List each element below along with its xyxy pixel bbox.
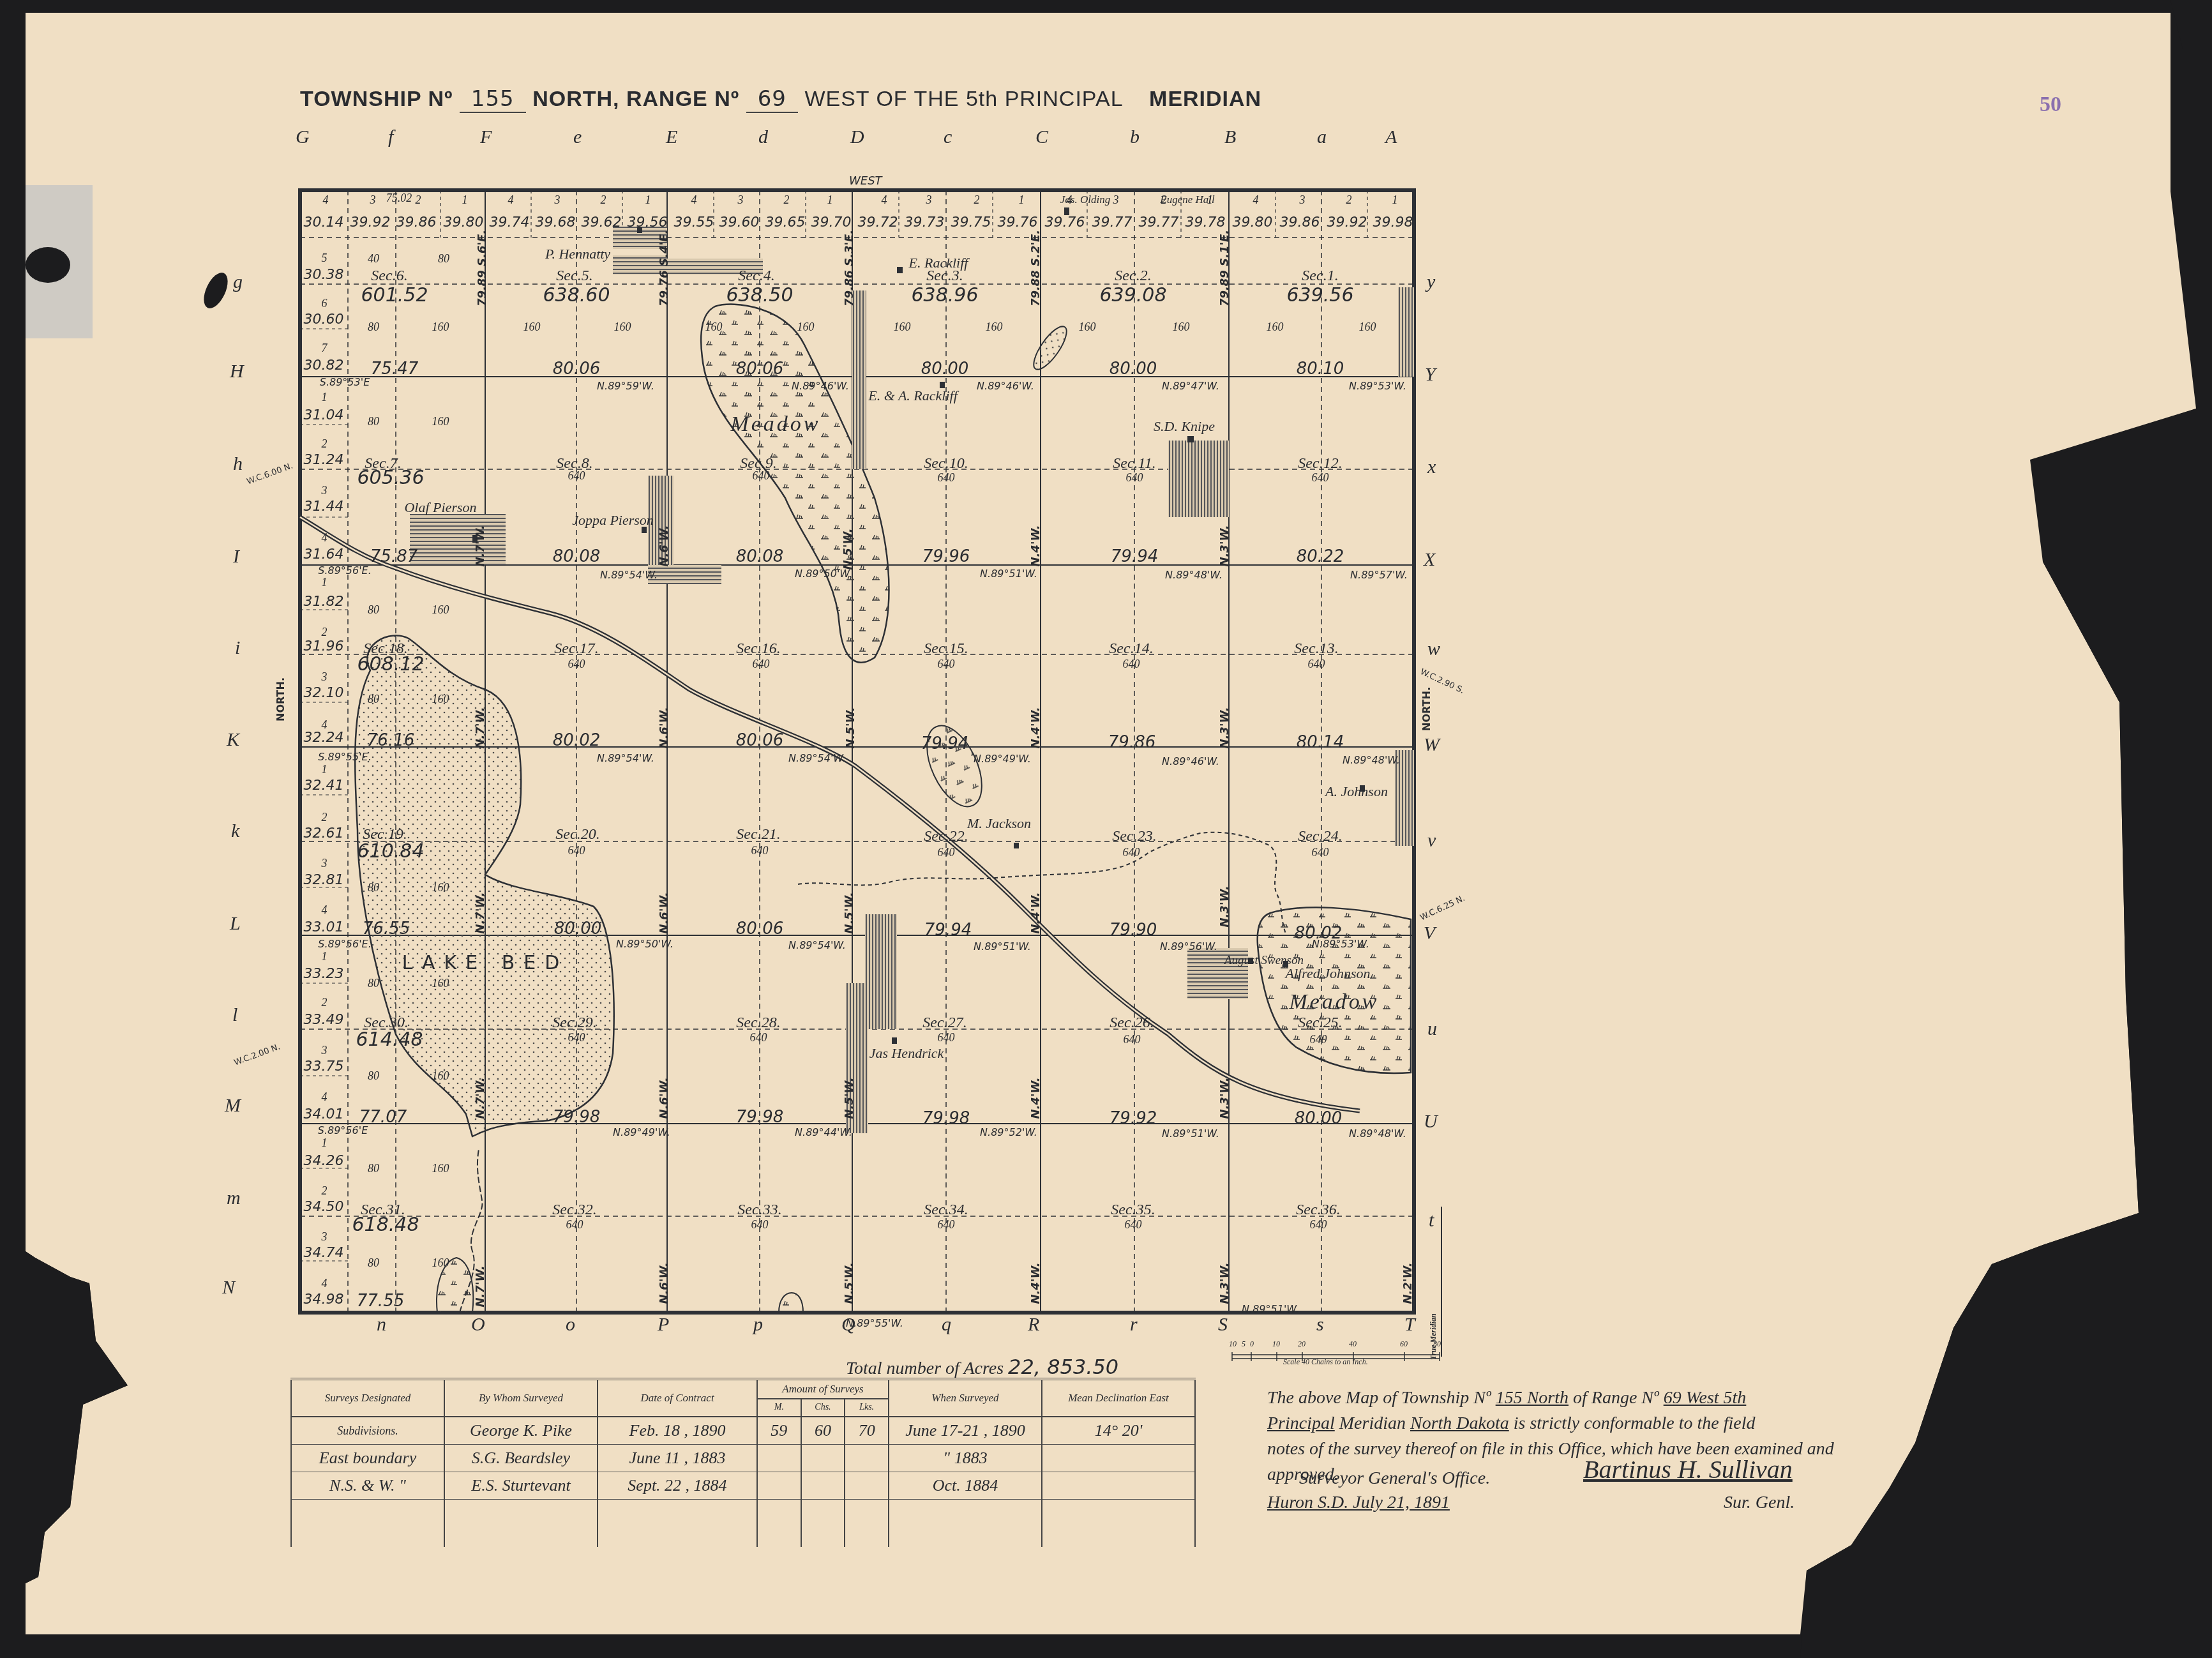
cert-text: Principal: [1267, 1413, 1335, 1433]
scale-tick: 5: [1242, 1339, 1245, 1349]
bearing-label: N.89°49'W.: [613, 1126, 670, 1138]
section-area: 640: [568, 658, 585, 671]
chain-length: 80.10: [1297, 359, 1344, 379]
section-label: Sec.20.: [555, 826, 599, 843]
lot-area: 75.02: [386, 192, 412, 205]
survey-plat-sheet: TOWNSHIP Nº 155 NORTH, RANGE Nº 69 WEST …: [0, 0, 2212, 1658]
section-label: Sec.28.: [736, 1014, 780, 1032]
lot-number: 2: [974, 193, 980, 207]
section-label: Sec.16.: [736, 640, 780, 658]
col-by-whom: By Whom Surveyed: [444, 1379, 598, 1417]
lot-number: 3: [322, 670, 327, 684]
lot-area: 31.04: [304, 407, 344, 423]
lot-number: 1: [322, 950, 327, 963]
chain-length: 80.00: [921, 359, 968, 379]
chain-length: 79.94: [921, 734, 968, 753]
lot-number: 1: [322, 1136, 327, 1150]
lot-area: 39.75: [951, 215, 991, 230]
section-area: 640: [568, 469, 585, 483]
lot-number: 3: [926, 193, 932, 207]
bearing-label: N.7'W.: [474, 525, 487, 566]
quarter-area: 80: [368, 977, 379, 990]
chain-length: 79.92: [1110, 1109, 1157, 1128]
chain-length: 79.98: [736, 1108, 783, 1127]
survey-table: Surveys Designated By Whom Surveyed Date…: [290, 1378, 1196, 1547]
scale-tick: 80: [1433, 1339, 1441, 1349]
lot-number: 4: [691, 193, 697, 207]
cell: Oct. 1884: [889, 1472, 1042, 1500]
lot-area: 39.72: [858, 215, 898, 230]
quarter-area: 160: [1359, 320, 1376, 334]
section-label: Sec.10.: [924, 455, 968, 472]
lot-area: 39.68: [536, 215, 576, 230]
quarter-area: 40: [368, 252, 379, 266]
section-label: Sec.23.: [1112, 828, 1156, 845]
lot-number: 2: [322, 1184, 327, 1198]
cell: Sept. 22 , 1884: [598, 1472, 757, 1500]
grid-letter: P: [658, 1314, 669, 1336]
grid-letter: D: [850, 126, 864, 148]
grid-letter: Y: [1425, 364, 1436, 386]
section-area: 638.60: [543, 284, 610, 306]
cell: 60: [801, 1417, 845, 1445]
lot-area: 34.98: [304, 1292, 344, 1308]
owner-label: E. Rackliff: [909, 255, 968, 271]
table-row-empty: [291, 1500, 1195, 1548]
grid-letter: O: [471, 1314, 485, 1336]
cell: N.S. & W. ": [291, 1472, 444, 1500]
cell: S.G. Beardsley: [444, 1445, 598, 1472]
lot-number: 3: [1300, 193, 1305, 207]
section-label: Sec.11.: [1113, 455, 1156, 472]
cell: [1042, 1472, 1195, 1500]
section-area: 640: [938, 471, 955, 485]
section-area: 640: [750, 1031, 767, 1044]
quarter-area: 160: [797, 320, 815, 334]
section-label: Sec.15.: [924, 640, 968, 658]
chain-length: 79.86: [1108, 733, 1155, 752]
cert-range: 69 West 5th: [1664, 1388, 1747, 1408]
lot-area: 39.74: [490, 215, 530, 230]
section-label: Sec.32.: [552, 1202, 596, 1219]
bearing-label: S.89°56'E: [318, 1124, 368, 1136]
signature: Bartinus H. Sullivan: [1583, 1454, 1793, 1484]
cell: [845, 1472, 889, 1500]
lot-number: 3: [322, 857, 327, 870]
bearing-label: N.89°59'W.: [597, 380, 654, 392]
chain-length: 80.06: [736, 731, 783, 750]
section-area: 640: [938, 846, 955, 859]
lot-number: 1: [322, 391, 327, 404]
grid-letter: l: [232, 1004, 237, 1026]
section-area: 640: [1310, 1033, 1327, 1046]
lot-area: 39.62: [582, 215, 622, 230]
lot-number: 2: [322, 437, 327, 451]
lot-number: 7: [322, 342, 327, 355]
quarter-area: 160: [1173, 320, 1190, 334]
lot-number: 4: [322, 1277, 327, 1290]
bearing-label: N.89°46'W.: [1162, 755, 1219, 767]
bearing-label: N.4'W.: [1029, 707, 1042, 748]
grid-letter: V: [1424, 923, 1435, 944]
bearing-label: N.3'W.: [1218, 886, 1231, 927]
lot-area: 34.01: [304, 1106, 344, 1122]
grid-letter: k: [231, 820, 239, 842]
lot-area: 39.55: [674, 215, 714, 230]
bearing-label: S.89°53'E: [320, 376, 370, 388]
lot-area: 34.50: [304, 1199, 344, 1215]
section-label: Sec.36.: [1296, 1202, 1340, 1219]
title-north-range: NORTH, RANGE Nº: [532, 87, 739, 111]
quarter-area: 160: [432, 415, 449, 428]
lot-area: 39.60: [719, 215, 760, 230]
bearing-label: N.89°54'W.: [788, 752, 846, 764]
quarter-area: 80: [368, 603, 379, 617]
bearing-label: N.7'W.: [474, 707, 487, 748]
grid-letter: i: [235, 637, 240, 659]
lot-number: 1: [462, 193, 468, 207]
section-area: 640: [1308, 658, 1325, 671]
cert-township: 155 North: [1496, 1388, 1569, 1408]
bearing-label: 79.86 S.3'E.: [843, 230, 856, 306]
owner-label: E. & A. Rackliff: [868, 388, 958, 404]
cert-text: The above Map of Township Nº: [1267, 1388, 1491, 1408]
chain-length: 75.87: [370, 547, 418, 566]
bearing-label: N.89°57'W.: [1350, 569, 1408, 581]
lot-area: 39.86: [396, 215, 437, 230]
bearing-label: N.5'W.: [843, 1077, 856, 1119]
quarter-area: 160: [432, 881, 449, 894]
title-prefix: TOWNSHIP Nº: [300, 87, 453, 111]
owner-label: Jas. Olding: [1060, 193, 1110, 206]
bearing-label: N.5'W.: [843, 892, 856, 933]
quarter-area: 80: [368, 881, 379, 894]
chain-length: 79.96: [922, 547, 970, 566]
lot-area: 30.38: [304, 267, 344, 283]
grid-letter: n: [377, 1314, 386, 1336]
section-label: Sec.6.: [371, 268, 407, 285]
bearing-label: N.89°51'W.: [1162, 1127, 1219, 1140]
section-label: Sec.13.: [1294, 640, 1338, 658]
lot-area: 31.64: [304, 546, 344, 562]
bearing-label: N.89°46'W.: [792, 380, 849, 392]
bearing-label: N.89°46'W.: [977, 380, 1034, 392]
table-row: Subdivisions. George K. Pike Feb. 18 , 1…: [291, 1417, 1195, 1445]
lot-number: 1: [827, 193, 833, 207]
section-area: 640: [1123, 846, 1140, 859]
lot-number: 4: [882, 193, 887, 207]
grid-letter: B: [1224, 126, 1236, 148]
cell: Feb. 18 , 1890: [598, 1417, 757, 1445]
lot-area: 33.75: [304, 1059, 344, 1074]
bearing-label: N.89°48'W.: [1165, 569, 1223, 581]
section-area: 614.48: [356, 1029, 423, 1051]
lot-number: 1: [1019, 193, 1025, 207]
section-area: 610.84: [357, 840, 425, 863]
chain-length: 79.98: [922, 1109, 970, 1128]
section-area: 608.12: [357, 653, 425, 675]
lot-number: 2: [1346, 193, 1352, 207]
lot-number: 1: [322, 576, 327, 589]
cell: June 17-21 , 1890: [889, 1417, 1042, 1445]
quarter-area: 160: [432, 603, 449, 617]
bearing-label: N.5'W.: [843, 1262, 856, 1304]
scale-tick: 10: [1229, 1339, 1237, 1349]
lot-number: 6: [322, 297, 327, 310]
grid-letter: N: [222, 1277, 235, 1299]
owner-label: S.D. Knipe: [1154, 418, 1215, 435]
lot-number: 3: [370, 193, 376, 207]
owner-label: A. Johnson: [1325, 783, 1388, 800]
grid-letter: x: [1427, 456, 1436, 478]
chain-length: 80.06: [736, 919, 783, 938]
col-chains: Chs.: [801, 1399, 845, 1417]
section-area: 601.52: [361, 284, 428, 306]
bearing-label: N.4'W.: [1029, 1262, 1042, 1304]
section-area: 605.36: [357, 467, 425, 489]
lot-area: 30.82: [304, 358, 344, 373]
owner-label: Eugene Hall: [1160, 193, 1214, 206]
bearing-label: N.89°55'W.: [846, 1317, 903, 1329]
section-area: 640: [568, 844, 585, 857]
cell: [757, 1472, 801, 1500]
lot-area: 31.24: [304, 452, 344, 468]
chain-length: 79.94: [924, 921, 972, 940]
quarter-area: 80: [368, 693, 379, 706]
grid-letter: t: [1429, 1210, 1434, 1232]
section-area: 640: [1312, 846, 1329, 859]
section-label: Sec.27.: [922, 1014, 967, 1032]
lot-number: 4: [322, 903, 327, 917]
lot-area: 31.82: [304, 594, 344, 610]
bearing-label: 79.89 S.6'E.: [476, 230, 489, 306]
owner-label: Joppa Pierson: [572, 512, 654, 529]
cell: East boundary: [291, 1445, 444, 1472]
grid-letter: A: [1385, 126, 1397, 148]
bearing-label: N.4'W.: [1029, 525, 1042, 566]
lot-area: 32.10: [304, 685, 344, 701]
section-area: 640: [1123, 658, 1140, 671]
bearing-label: N.89°54'W.: [788, 939, 846, 951]
section-area: 640: [1312, 471, 1329, 485]
grid-letter: L: [230, 913, 241, 935]
lot-area: 39.80: [1233, 215, 1273, 230]
bearing-label: N.89°53'W.: [1312, 938, 1369, 950]
col-surveys-designated: Surveys Designated: [291, 1379, 444, 1417]
section-area: 618.48: [352, 1214, 419, 1236]
lot-number: 2: [784, 193, 790, 207]
quarter-area: 160: [432, 1162, 449, 1175]
north-label-right: NORTH.: [1420, 687, 1433, 731]
lot-area: 39.80: [444, 215, 484, 230]
quarter-area: 160: [1079, 320, 1096, 334]
cell: [801, 1472, 845, 1500]
grid-letter: w: [1427, 638, 1440, 660]
quarter-area: 80: [368, 1069, 379, 1083]
lot-area: 34.26: [304, 1153, 344, 1169]
section-area: 640: [751, 1218, 769, 1232]
lot-area: 32.41: [304, 778, 344, 794]
grid-letter: C: [1035, 126, 1048, 148]
cert-text: is strictly conformable to the field: [1514, 1413, 1756, 1433]
office-place-date: Huron S.D. July 21, 1891: [1267, 1493, 1450, 1513]
lot-area: 39.73: [905, 215, 945, 230]
lot-number: 3: [322, 1044, 327, 1057]
bearing-label: N.3'W.: [1218, 525, 1231, 566]
section-label: Sec.21.: [736, 826, 780, 843]
meadow-label: Meadow: [1289, 990, 1379, 1014]
quarter-area: 160: [432, 977, 449, 990]
col-miles: M.: [757, 1399, 801, 1417]
bearing-label: N.89°44'W.: [795, 1126, 852, 1138]
scale-tick: 0: [1250, 1339, 1254, 1349]
owner-label: Jas Hendrick: [869, 1045, 944, 1062]
quarter-area: 80: [368, 320, 379, 334]
grid-letter: b: [1130, 126, 1140, 148]
title-meridian: MERIDIAN: [1149, 87, 1261, 111]
cell: [1042, 1445, 1195, 1472]
quarter-area: 80: [368, 1256, 379, 1270]
scale-tick: 60: [1400, 1339, 1408, 1349]
chain-length: 80.00: [1110, 359, 1157, 379]
bearing-label: N.3'W.: [1218, 707, 1231, 748]
bearing-label: N.89°48'W.: [1349, 1127, 1406, 1140]
table-row: East boundary S.G. Beardsley June 11 , 1…: [291, 1445, 1195, 1472]
section-area: 640: [1125, 1218, 1142, 1232]
col-mean-declination: Mean Declination East: [1042, 1379, 1195, 1417]
chain-length: 80.00: [554, 919, 601, 938]
cell: E.S. Sturtevant: [444, 1472, 598, 1500]
section-label: Sec.35.: [1111, 1202, 1155, 1219]
lot-number: 1: [645, 193, 651, 207]
quarter-area: 160: [894, 320, 911, 334]
grid-letter: S: [1218, 1314, 1228, 1336]
chain-length: 77.55: [357, 1292, 404, 1311]
bearing-label: S.89°56'E.: [318, 938, 372, 950]
title-west: WEST OF THE: [804, 87, 959, 111]
lot-area: 39.86: [1280, 215, 1320, 230]
section-area: 640: [1126, 471, 1143, 485]
bearing-label: N.89°47'W.: [1162, 380, 1219, 392]
cell: 70: [845, 1417, 889, 1445]
bearing-label: N.89°51'W.: [1242, 1303, 1299, 1315]
grid-letter: R: [1028, 1314, 1039, 1336]
grid-letter: r: [1130, 1314, 1138, 1336]
total-acres-value: 22, 853.50: [1008, 1355, 1118, 1379]
section-area: 640: [751, 844, 769, 857]
signature-title: Sur. Genl.: [1724, 1493, 1794, 1513]
section-label: Sec.33.: [737, 1202, 781, 1219]
cell: George K. Pike: [444, 1417, 598, 1445]
quarter-area: 160: [432, 320, 449, 334]
page-number: 50: [2040, 93, 2061, 117]
bearing-label: N.89°50'W.: [616, 938, 673, 950]
chain-length: 80.08: [553, 547, 600, 566]
quarter-area: 160: [432, 693, 449, 706]
section-area: 640: [566, 1218, 583, 1232]
bearing-label: N.89°54'W.: [600, 569, 658, 581]
section-label: Sec.17.: [554, 640, 598, 658]
lot-area: 33.01: [304, 919, 344, 935]
section-area: 640: [753, 658, 770, 671]
grid-letter: M: [225, 1095, 241, 1117]
bearing-label: N.4'W.: [1029, 1077, 1042, 1119]
lot-area: 39.77: [1139, 215, 1179, 230]
chain-length: 80.14: [1297, 733, 1344, 752]
lot-area: 39.77: [1092, 215, 1132, 230]
col-links: Lks.: [845, 1399, 889, 1417]
lot-area: 39.76: [1045, 215, 1085, 230]
lot-number: 4: [322, 1090, 327, 1104]
lot-area: 39.92: [350, 215, 391, 230]
section-label: Sec.26.: [1110, 1014, 1154, 1032]
col-date-of-contract: Date of Contract: [598, 1379, 757, 1417]
quarter-area: 160: [1267, 320, 1284, 334]
grid-letter: e: [573, 126, 582, 148]
bearing-label: N.7'W.: [474, 1077, 487, 1119]
chain-length: 75.47: [371, 359, 418, 379]
lot-area: 31.44: [304, 499, 344, 515]
section-area: 639.08: [1100, 284, 1167, 306]
bearing-label: N.89°53'W.: [1349, 380, 1406, 392]
bearing-label: S.89°56'E.: [318, 564, 372, 577]
lot-area: 32.81: [304, 872, 344, 888]
bearing-label: N.6'W.: [658, 892, 671, 933]
section-area: 640: [938, 1218, 955, 1232]
section-area: 640: [753, 469, 770, 483]
lot-area: 39.65: [765, 215, 806, 230]
section-label: Sec.24.: [1298, 828, 1342, 845]
section-label: Sec.5.: [556, 268, 592, 285]
section-label: Sec.2.: [1115, 268, 1151, 285]
cell: Subdivisions.: [291, 1417, 444, 1445]
lot-number: 2: [601, 193, 606, 207]
lot-number: 3: [555, 193, 561, 207]
chain-length: 79.98: [553, 1108, 600, 1127]
section-label: Sec.4.: [738, 268, 774, 285]
bearing-label: N.6'W.: [658, 707, 671, 748]
lot-area: 34.74: [304, 1245, 344, 1261]
quarter-area: 80: [368, 1162, 379, 1175]
grid-letter: y: [1427, 271, 1435, 293]
chain-length: 79.90: [1110, 921, 1157, 940]
section-area: 640: [568, 1031, 585, 1044]
bearing-label: N.89°51'W.: [980, 568, 1037, 580]
bearing-label: N.2'W.: [1401, 1262, 1415, 1304]
grid-letter: d: [758, 126, 768, 148]
owner-label: Olaf Pierson: [404, 499, 476, 516]
quarter-area: 160: [523, 320, 541, 334]
true-meridian-label: True Meridian: [1429, 1313, 1438, 1360]
bearing-label: N.7'W.: [474, 1265, 487, 1307]
bearing-label: N.5'W.: [841, 528, 855, 569]
chain-length: 76.55: [363, 919, 410, 938]
section-area: 640: [1124, 1033, 1141, 1046]
bearing-label: N.3'W.: [1218, 1077, 1231, 1119]
grid-letter: f: [388, 126, 393, 148]
bearing-label: N.89°48'W.: [1343, 754, 1400, 766]
section-label: Sec.14.: [1109, 640, 1153, 658]
chain-length: 79.94: [1111, 547, 1158, 566]
lot-number: 5: [322, 252, 327, 265]
lot-number: 1: [1392, 193, 1398, 207]
section-label: Sec.12.: [1298, 455, 1342, 472]
section-area: 640: [938, 1031, 955, 1044]
lot-area: 39.76: [998, 215, 1038, 230]
cell: 59: [757, 1417, 801, 1445]
grid-letter: o: [566, 1314, 575, 1336]
chain-length: 80.06: [553, 359, 600, 379]
